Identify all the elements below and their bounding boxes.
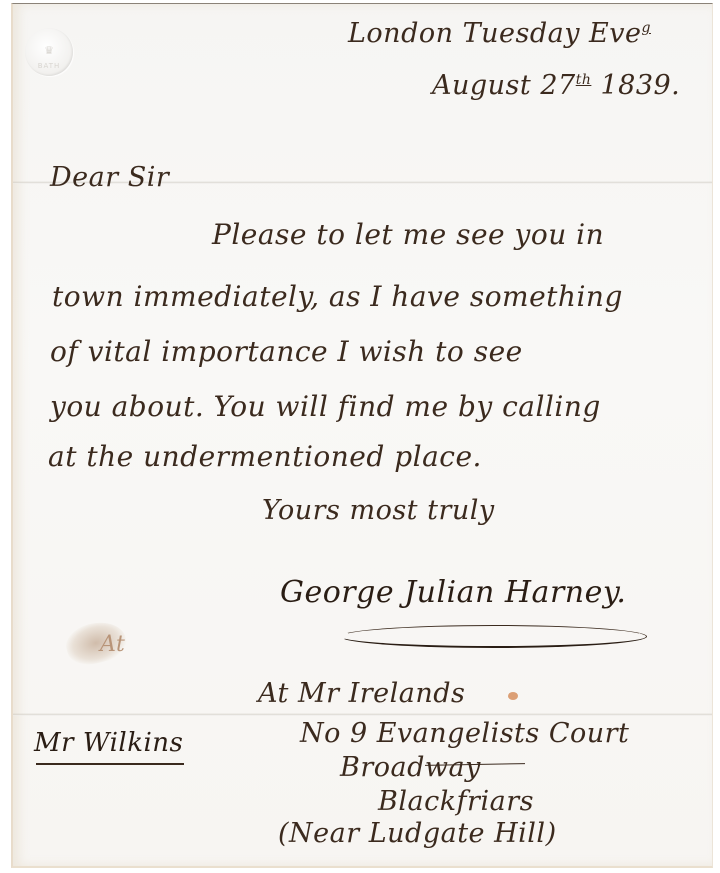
signature: George Julian Harney.	[280, 575, 626, 610]
date-superscript: th	[576, 72, 592, 88]
body-line-3: of vital importance I wish to see	[50, 335, 523, 368]
heading-place-day: London Tuesday Eveg	[348, 18, 651, 49]
body-line-1: Please to let me see you in	[212, 218, 604, 251]
body-line-5: at the undermentioned place.	[48, 440, 482, 473]
address-line-3: Broadway	[340, 752, 481, 783]
address-line-2: No 9 Evangelists Court	[300, 718, 629, 749]
address-line-4: Blackfriars	[378, 786, 534, 817]
signature-flourish	[340, 625, 647, 648]
address-line-5: (Near Ludgate Hill)	[278, 818, 557, 849]
seal-text: BATH	[25, 62, 73, 70]
recipient-underline	[36, 763, 184, 765]
place-day-text: London Tuesday Eve	[348, 18, 641, 49]
body-line-4: you about. You will find me by calling	[50, 390, 601, 423]
embossed-seal: ♛ BATH	[25, 28, 73, 76]
address-line-1: At Mr Irelands	[258, 678, 465, 709]
recipient-name: Mr Wilkins	[34, 728, 183, 758]
salutation: Dear Sir	[50, 162, 169, 193]
crown-emblem-icon: ♛	[25, 44, 73, 57]
year-text: 1839.	[600, 70, 680, 101]
fold-crease-bottom	[13, 713, 712, 716]
wax-spot	[508, 692, 518, 700]
heading-date: August 27th 1839.	[432, 70, 680, 101]
place-day-superscript: g	[641, 20, 650, 36]
closing: Yours most truly	[262, 495, 495, 526]
body-line-2: town immediately, as I have something	[52, 280, 623, 313]
stain-mark: At	[100, 632, 125, 657]
date-text: August 27	[432, 70, 576, 101]
